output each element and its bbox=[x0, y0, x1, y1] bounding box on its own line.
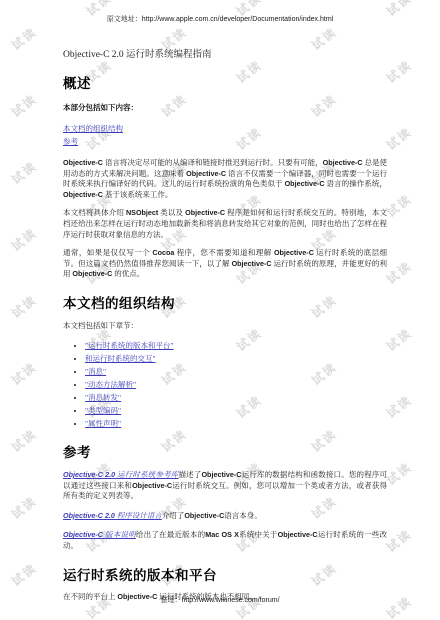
watermark: 试读 bbox=[383, 458, 416, 489]
chapter-link-interacting[interactable]: 和运行时系统的交互" bbox=[85, 354, 156, 363]
source-url-line: 原文地址：http://www.apple.com.cn/developer/D… bbox=[0, 14, 440, 24]
watermark: 试读 bbox=[8, 157, 41, 188]
watermark: 试读 bbox=[383, 190, 416, 221]
overview-paragraph: 本文档将具体介绍 NSObject 类以及 Objective-C 程序是如何和… bbox=[63, 208, 387, 240]
section-heading-overview: 概述 bbox=[63, 72, 387, 92]
watermark: 试读 bbox=[8, 358, 41, 389]
list-item: 和运行时系统的交互" bbox=[85, 353, 387, 364]
latin-text: Objective-C bbox=[63, 530, 103, 539]
chapter-link-forwarding[interactable]: "消息转发" bbox=[85, 393, 121, 402]
link-release-notes[interactable]: Objective-C 版本说明 bbox=[63, 530, 136, 539]
watermark: 试读 bbox=[8, 492, 41, 523]
overview-lead: 本部分包括如下内容： bbox=[63, 102, 387, 113]
latin-text: Objective-C bbox=[63, 190, 103, 199]
latin-text: Objective-C bbox=[285, 179, 325, 188]
list-item: "属性声明" bbox=[85, 418, 387, 429]
latin-text: Objective-C bbox=[186, 169, 226, 178]
watermark: 试读 bbox=[8, 90, 41, 121]
watermark: 试读 bbox=[383, 391, 416, 422]
watermark: 试读 bbox=[383, 56, 416, 87]
overview-links: 本文档的组织结构 参考 bbox=[63, 122, 387, 148]
chapter-list: "运行时系统的版本和平台" 和运行时系统的交互" "消息" "动态方法解析" "… bbox=[85, 340, 387, 429]
watermark: 试读 bbox=[8, 291, 41, 322]
watermark: 试读 bbox=[8, 224, 41, 255]
section-heading-versions: 运行时系统的版本和平台 bbox=[63, 564, 387, 584]
section-heading-organization: 本文档的组织结构 bbox=[63, 292, 387, 312]
reference-paragraph-text: 介绍了Objective-C语言本身。 bbox=[162, 511, 262, 520]
latin-text: Objective-C bbox=[184, 511, 224, 520]
document-body: Objective-C 2.0 运行时系统编程指南 概述 本部分包括如下内容： … bbox=[63, 46, 387, 610]
latin-text: Objective-C bbox=[132, 481, 172, 490]
latin-text: Objective-C 2.0 bbox=[63, 470, 115, 479]
chapter-link-messaging[interactable]: "消息" bbox=[85, 367, 106, 376]
reference-paragraph: Objective-C 版本说明给出了在最近版本的Mac OS X系统中关于Ob… bbox=[63, 530, 387, 551]
link-runtime-reference[interactable]: Objective-C 2.0 运行时系统参考库 bbox=[63, 470, 178, 479]
watermark: 试读 bbox=[383, 525, 416, 556]
organization-intro: 本文档包括如下章节： bbox=[63, 320, 387, 331]
list-item: "动态方法解析" bbox=[85, 379, 387, 390]
watermark: 试读 bbox=[8, 559, 41, 590]
latin-text: Objective-C bbox=[274, 248, 314, 257]
watermark: 试读 bbox=[383, 324, 416, 355]
watermark: 试读 bbox=[383, 123, 416, 154]
latin-text: Objective-C bbox=[201, 470, 241, 479]
section-heading-reference: 参考 bbox=[63, 441, 387, 461]
reference-paragraph: Objective-C 2.0 运行时系统参考库描述了Objective-C运行… bbox=[63, 470, 387, 502]
latin-text: Mac OS X bbox=[205, 530, 239, 539]
watermark: 试读 bbox=[8, 23, 41, 54]
latin-text: Objective-C bbox=[63, 158, 103, 167]
latin-text: Objective-C 2.0 bbox=[63, 511, 115, 520]
list-item: "消息" bbox=[85, 366, 387, 377]
list-item: "消息转发" bbox=[85, 392, 387, 403]
list-item: "运行时系统的版本和平台" bbox=[85, 340, 387, 351]
link-programming-language[interactable]: Objective-C 2.0 程序设计语言 bbox=[63, 511, 162, 520]
latin-text: Objective-C bbox=[185, 208, 225, 217]
watermark: 试读 bbox=[383, 257, 416, 288]
watermark: 试读 bbox=[8, 425, 41, 456]
footer-credit-line: 整理：http://www.wikinese.com/forum/ bbox=[0, 595, 440, 605]
reference-paragraph: Objective-C 2.0 程序设计语言介绍了Objective-C语言本身… bbox=[63, 511, 387, 522]
latin-text: NSObject bbox=[126, 208, 158, 217]
list-item: "类型编码" bbox=[85, 405, 387, 416]
chapter-link-type-encodings[interactable]: "类型编码" bbox=[85, 406, 121, 415]
link-reference[interactable]: 参考 bbox=[63, 135, 387, 148]
latin-text: Objective-C bbox=[232, 259, 272, 268]
link-organization[interactable]: 本文档的组织结构 bbox=[63, 122, 387, 135]
chapter-link-property-declarations[interactable]: "属性声明" bbox=[85, 419, 121, 428]
overview-paragraph: Objective-C 语言将决定尽可能的从编译和链接时推迟到运行时。只要有可能… bbox=[63, 158, 387, 200]
latin-text: Cocoa bbox=[152, 248, 174, 257]
overview-paragraph: 通常，如果是仅仅写一个 Cocoa 程序，您不需要知道和理解 Objective… bbox=[63, 248, 387, 280]
chapter-link-dynamic-resolution[interactable]: "动态方法解析" bbox=[85, 380, 136, 389]
chapter-link-runtime-versions[interactable]: "运行时系统的版本和平台" bbox=[85, 341, 174, 350]
latin-text: Objective-C bbox=[278, 530, 318, 539]
document-title: Objective-C 2.0 运行时系统编程指南 bbox=[63, 46, 387, 60]
latin-text: Objective-C bbox=[323, 158, 363, 167]
latin-text: Objective-C bbox=[72, 269, 112, 278]
